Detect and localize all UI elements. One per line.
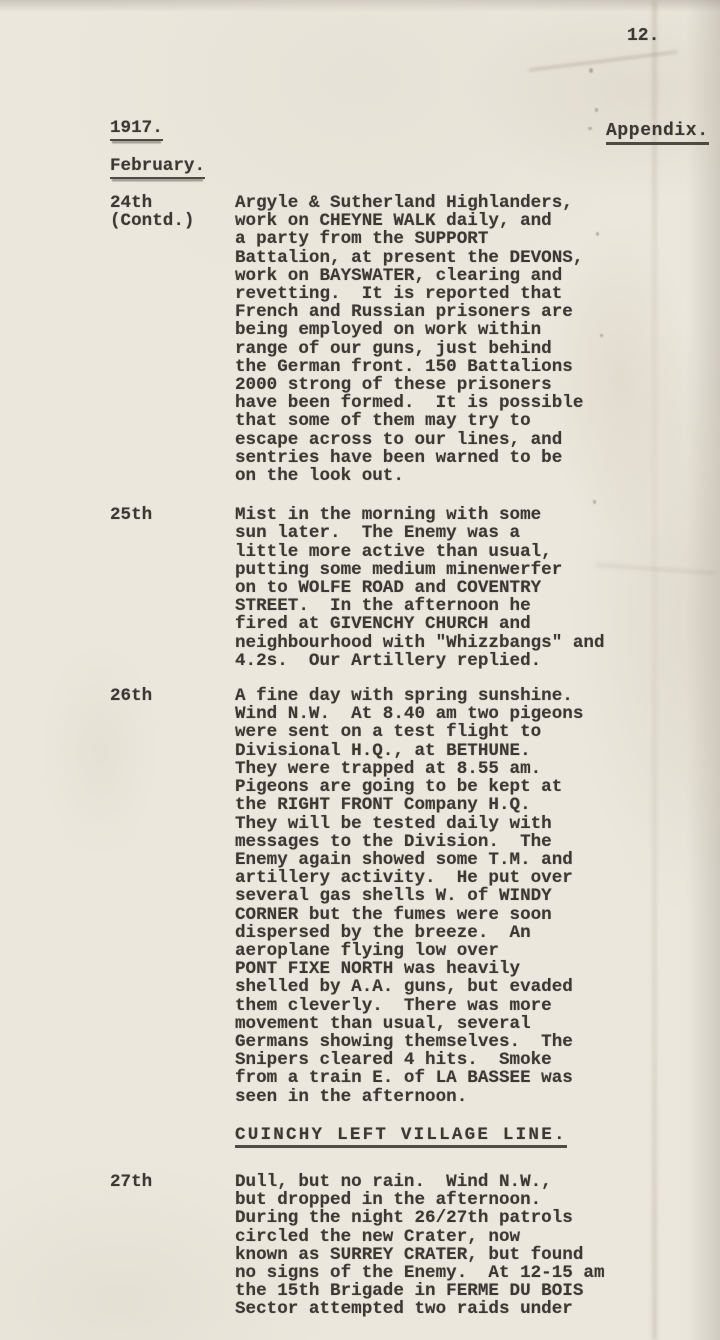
year-heading: 1917. [110,118,163,141]
entry-text-line: several gas shells W. of WINDY [235,887,635,905]
entry-text-line: 2000 strong of these prisoners [235,376,635,394]
entry-text-line: seen in the afternoon. [235,1088,635,1106]
entry-text-line: putting some medium minenwerfer [235,561,635,579]
entry-text-line: Sector attempted two raids under [235,1300,635,1318]
entry-text-line: that some of them may try to [235,412,635,430]
entry-text-line: work on CHEYNE WALK daily, and [235,212,635,230]
entry-text-line: Germans showing themselves. The [235,1033,635,1051]
entry-text-line: escape across to our lines, and [235,431,635,449]
paper-speck [588,127,592,130]
appendix-heading: Appendix. [606,121,709,145]
entry-date-line: 24th [110,194,235,212]
entry-text-line: Snipers cleared 4 hits. Smoke [235,1051,635,1069]
entry-text-line: little more active than usual, [235,543,635,561]
entry-text-line: aeroplane flying low over [235,942,635,960]
entry-text: Dull, but no rain. Wind N.W.,but dropped… [235,1173,635,1319]
entry-text-line: During the night 26/27th patrols [235,1209,635,1227]
entry-text-line: STREET. In the afternoon he [235,597,635,615]
section-heading: CUINCHY LEFT VILLAGE LINE. [235,1126,635,1148]
entry-text: A fine day with spring sunshine.Wind N.W… [235,687,635,1106]
entry-text-line: They were trapped at 8.55 am. [235,760,635,778]
month-heading: February. [110,156,205,179]
entry-text-line: were sent on a test flight to [235,723,635,741]
entry-text-line: messages to the Division. The [235,833,635,851]
entry-date: 26th [110,687,235,705]
diary-entries: 24th(Contd.)Argyle & Sutherland Highland… [110,194,635,1319]
entry-text-line: work on BAYSWATER, clearing and [235,267,635,285]
entry-text-line: Argyle & Sutherland Highlanders, [235,194,635,212]
entry-text-line: neighbourhood with "Whizzbangs" and [235,634,635,652]
entry-text-line: a party from the SUPPORT [235,230,635,248]
entry-text-line: Pigeons are going to be kept at [235,778,635,796]
entry-text-line: revetting. It is reported that [235,285,635,303]
entry-text-line: Wind N.W. At 8.40 am two pigeons [235,705,635,723]
entry-date-line: 26th [110,687,235,705]
entry-text-line: movement than usual, several [235,1015,635,1033]
entry-date-line: 25th [110,506,235,524]
appendix-heading-text: Appendix. [606,121,709,145]
entry-text-line: on the look out. [235,467,635,485]
entry-text-line: Enemy again showed some T.M. and [235,851,635,869]
entry-text-line: on to WOLFE ROAD and COVENTRY [235,579,635,597]
entry-text-line: Mist in the morning with some [235,506,635,524]
entry-text-line: CORNER but the fumes were soon [235,906,635,924]
entry-text-line: artillery activity. He put over [235,869,635,887]
diary-page: 12. 1917. Appendix. February. 24th(Contd… [0,0,720,1340]
entry-text-line: the RIGHT FRONT Company H.Q. [235,796,635,814]
entry-text-line: no signs of the Enemy. At 12-15 am [235,1264,635,1282]
paper-crease-vertical [653,0,656,1340]
entry-text-line: fired at GIVENCHY CHURCH and [235,615,635,633]
entry-text-line: Dull, but no rain. Wind N.W., [235,1173,635,1191]
entry-text-line: sentries have been warned to be [235,449,635,467]
entry-text-line: but dropped in the afternoon. [235,1191,635,1209]
entry-text-line: known as SURREY CRATER, but found [235,1246,635,1264]
diary-entry: 27thDull, but no rain. Wind N.W.,but dro… [110,1173,635,1319]
entry-text-line: from a train E. of LA BASSEE was [235,1069,635,1087]
entry-text-line: 4.2s. Our Artillery replied. [235,652,635,670]
diary-entry: 26thA fine day with spring sunshine.Wind… [110,687,635,1106]
entry-text-line: Divisional H.Q., at BETHUNE. [235,742,635,760]
entry-text-line: They will be tested daily with [235,815,635,833]
section-heading-text: CUINCHY LEFT VILLAGE LINE. [235,1126,567,1148]
month-heading-text: February. [110,156,205,179]
entry-text-line: the 15th Brigade in FERME DU BOIS [235,1282,635,1300]
diary-entry: 25thMist in the morning with somesun lat… [110,506,635,670]
entry-text-line: French and Russian prisoners are [235,303,635,321]
entry-date: 24th(Contd.) [110,194,235,230]
entry-text-line: have been formed. It is possible [235,394,635,412]
entry-date: 25th [110,506,235,524]
entry-text: Mist in the morning with somesun later. … [235,506,635,670]
entry-date: 27th [110,1173,235,1191]
diary-entry: 24th(Contd.)Argyle & Sutherland Highland… [110,194,635,485]
entry-text-line: A fine day with spring sunshine. [235,687,635,705]
entry-text-line: dispersed by the breeze. An [235,924,635,942]
entry-text-line: range of our guns, just behind [235,340,635,358]
paper-speck [595,108,598,112]
entry-text-line: shelled by A.A. guns, but evaded [235,978,635,996]
entry-text-line: circled the new Crater, now [235,1228,635,1246]
year-heading-text: 1917. [110,118,163,141]
entry-text: Argyle & Sutherland Highlanders,work on … [235,194,635,485]
entry-text-line: Battalion, at present the DEVONS, [235,249,635,267]
entry-text-line: being employed on work within [235,321,635,339]
entry-text-line: sun later. The Enemy was a [235,524,635,542]
entry-text-line: them cleverly. There was more [235,997,635,1015]
entry-date-line: (Contd.) [110,212,235,230]
paper-speck [589,68,593,73]
entry-text-line: the German front. 150 Battalions [235,358,635,376]
entry-text-line: PONT FIXE NORTH was heavily [235,960,635,978]
entry-date-line: 27th [110,1173,235,1191]
page-number: 12. [627,26,659,46]
